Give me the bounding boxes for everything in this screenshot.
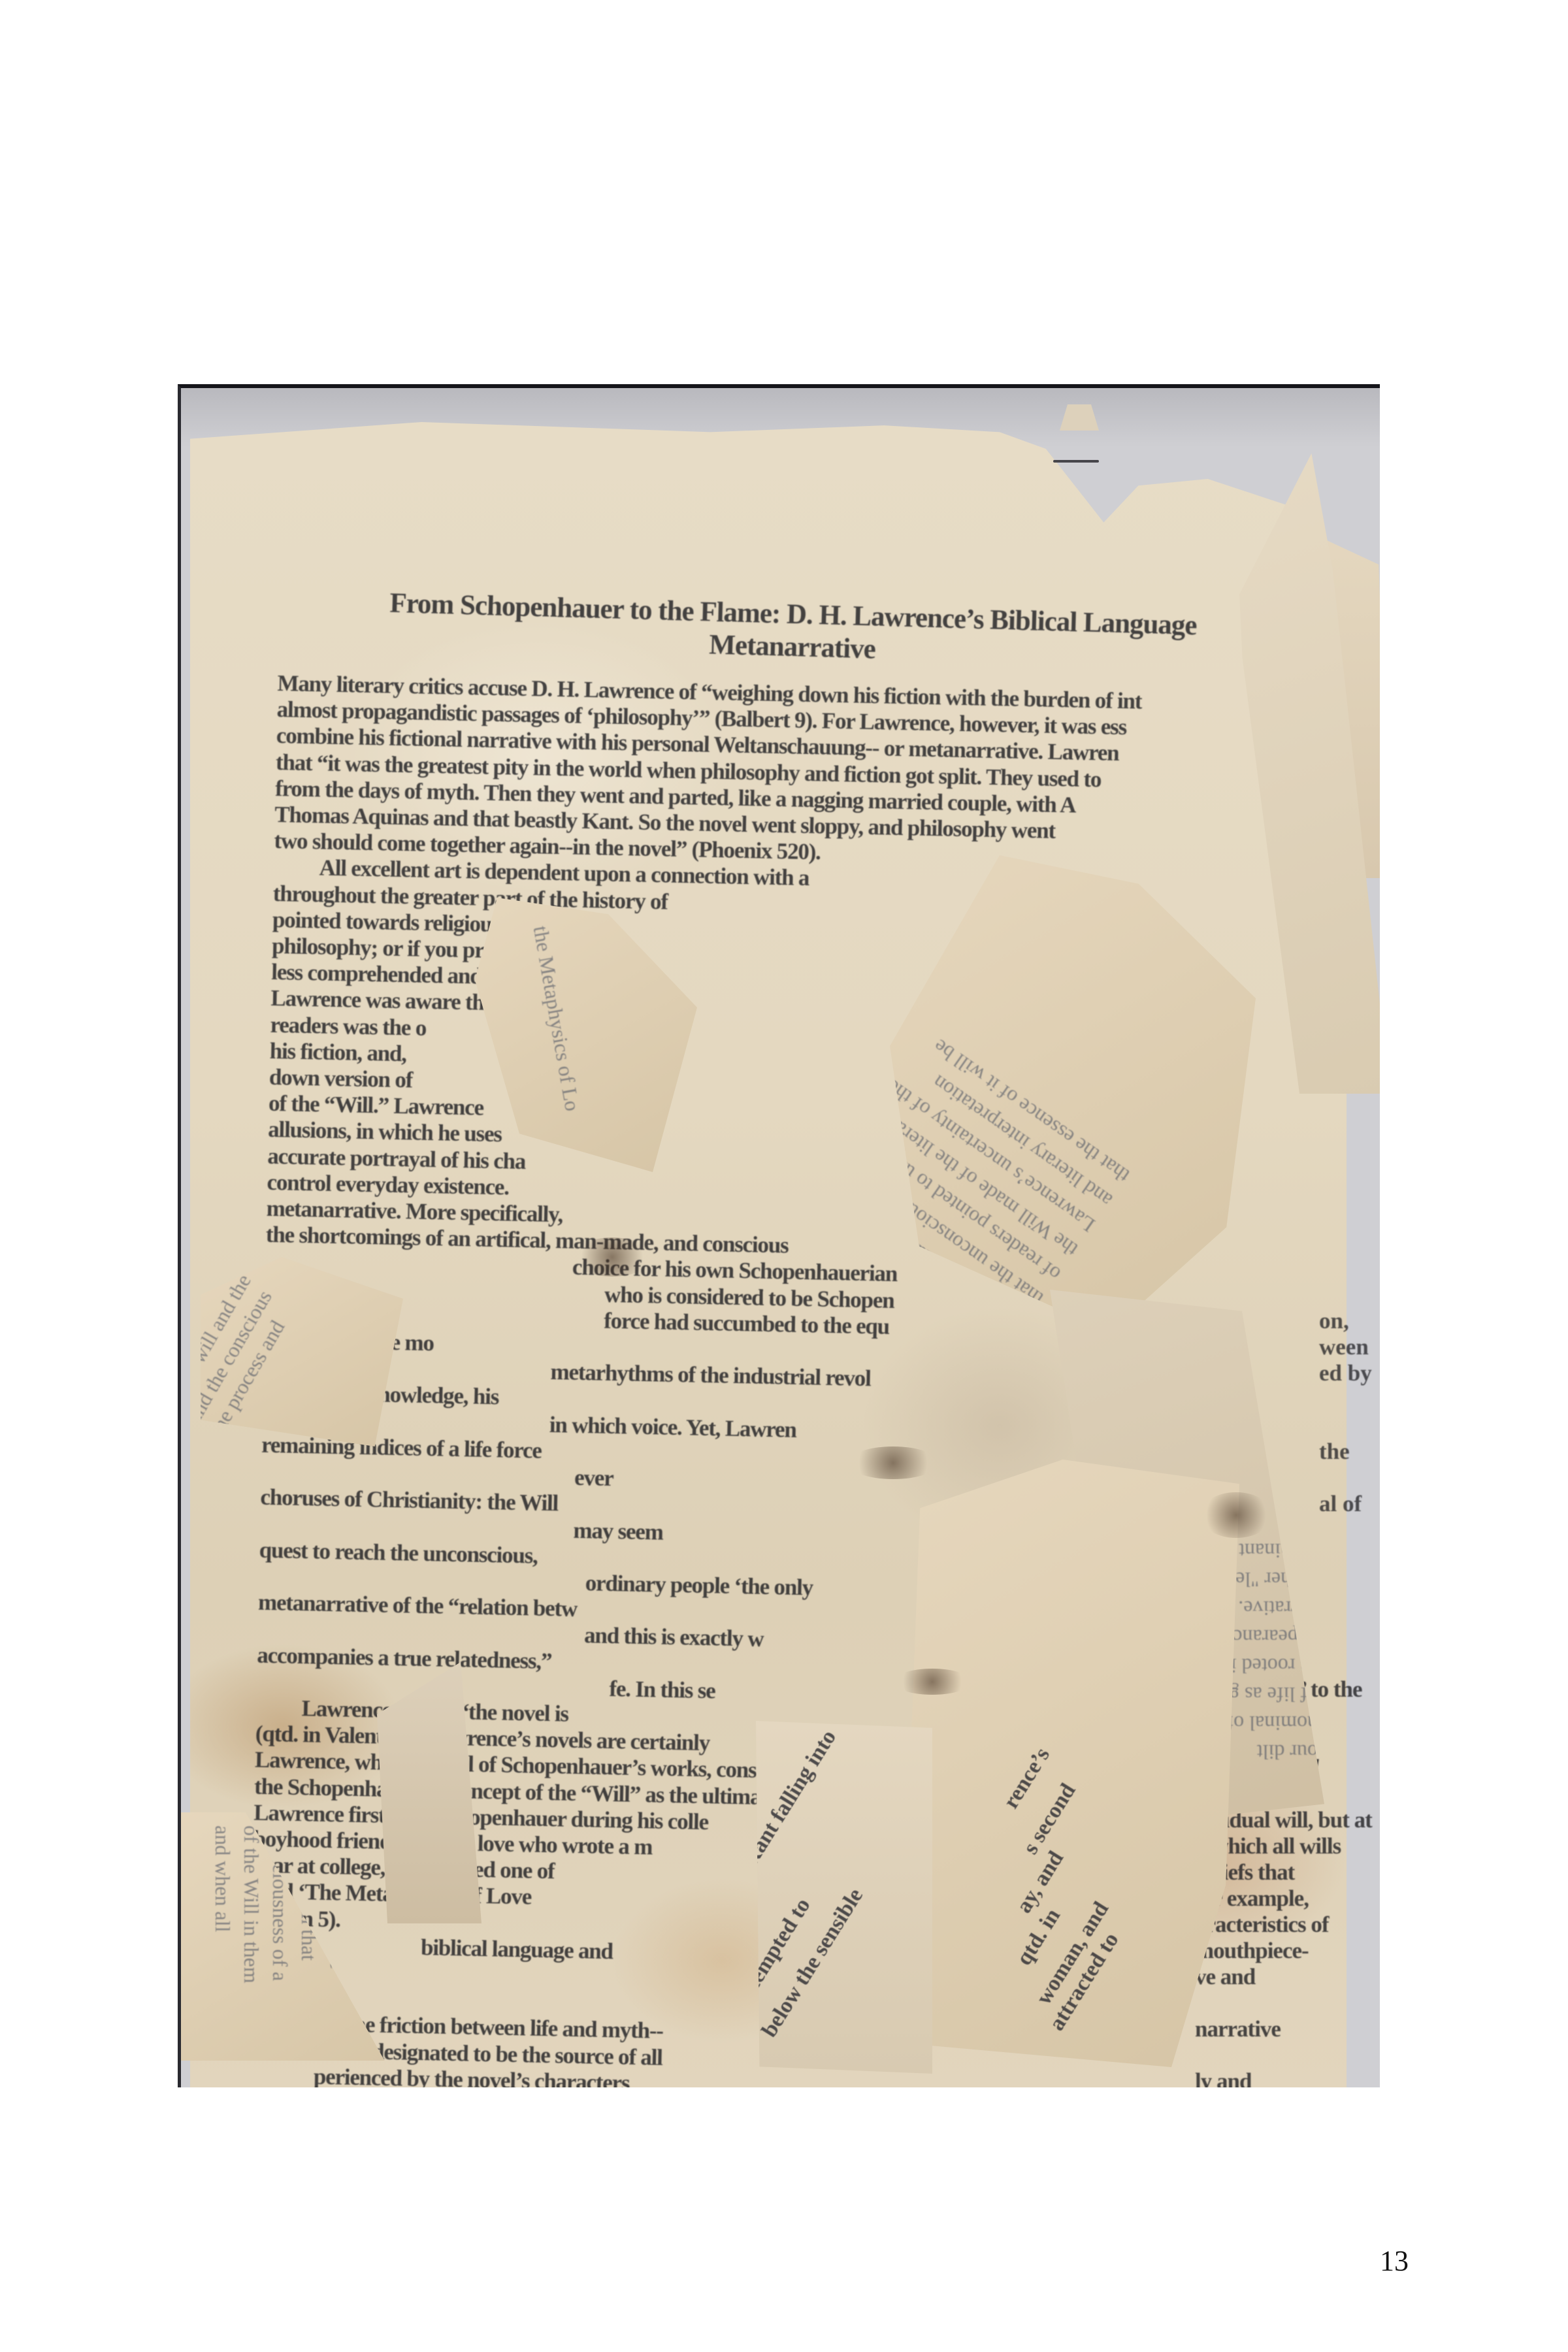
staple-mark bbox=[1053, 460, 1099, 463]
page-number: 13 bbox=[1380, 2244, 1409, 2278]
torn-fragment-blank: Kant falling into attempted to below the… bbox=[756, 1721, 932, 2074]
margin-line: ly and bbox=[1195, 2068, 1380, 2087]
burn-mark bbox=[847, 1446, 939, 1479]
burn-mark bbox=[1200, 1492, 1272, 1538]
burn-mark bbox=[893, 1669, 972, 1695]
margin-line: aracteristics of bbox=[1195, 1912, 1380, 1938]
burn-mark bbox=[573, 1237, 651, 1277]
article-title: From Schopenhauer to the Flame: D. H. La… bbox=[276, 584, 1309, 678]
right-margin-top-text: on, ween ed by the al of bbox=[1319, 1308, 1372, 1517]
scanned-paper-photo: From Schopenhauer to the Flame: D. H. La… bbox=[178, 384, 1380, 2087]
margin-line: ve and bbox=[1195, 1964, 1380, 1990]
torn-fragment-rotated: rence’s s second ay, and qtd. in woman, … bbox=[900, 1460, 1239, 2067]
margin-line: narrative bbox=[1195, 2016, 1380, 2042]
margin-line: mouthpiece- bbox=[1195, 1938, 1380, 1964]
